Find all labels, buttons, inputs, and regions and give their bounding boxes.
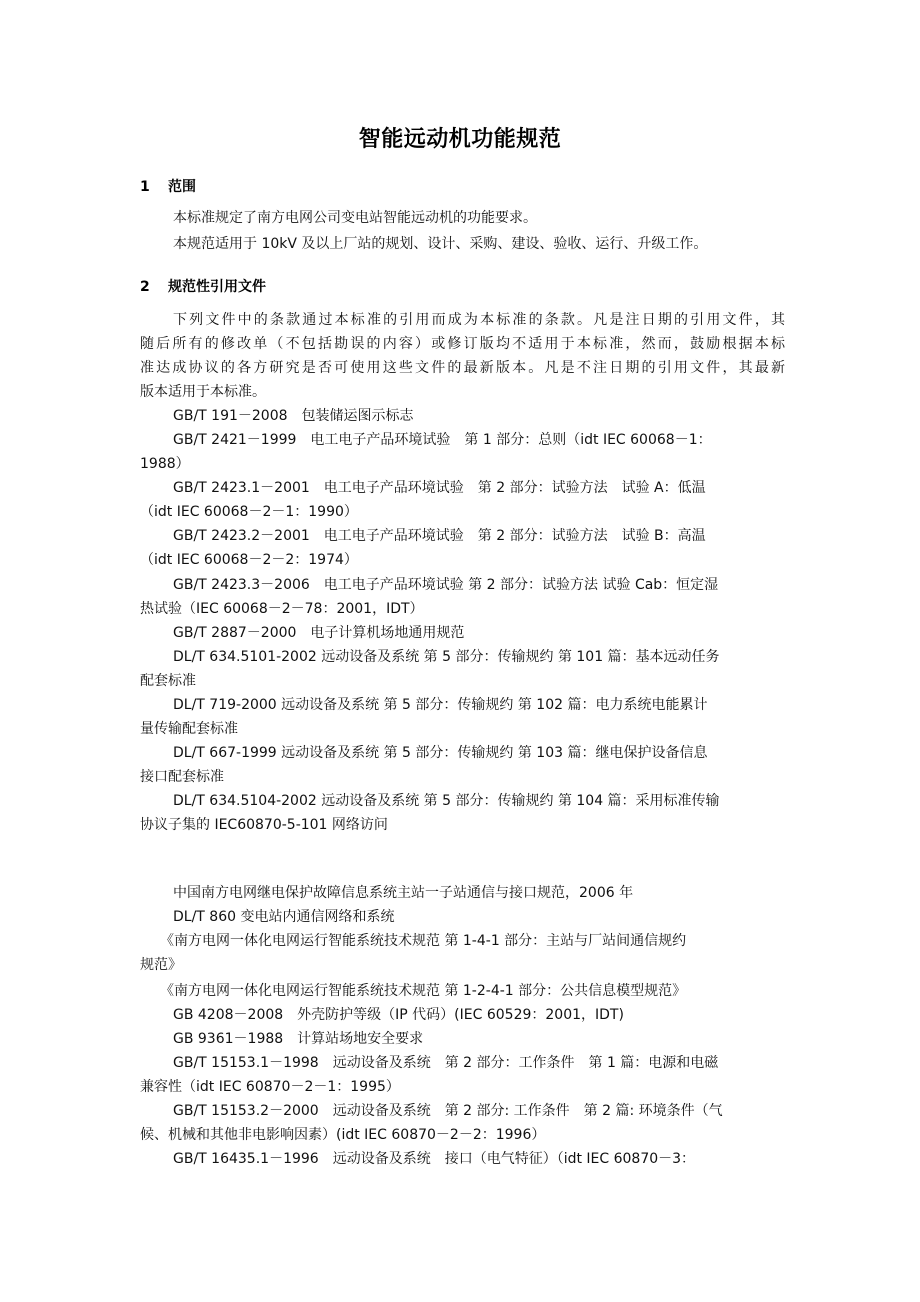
section-title: 范围 (168, 179, 196, 195)
paragraph-line: 本标准规定了南方电网公司变电站智能远动机的功能要求。 (173, 209, 537, 227)
section-heading-normative-references: 2规范性引用文件 (140, 276, 266, 296)
reference-item: GB/T 2423.1－2001 电工电子产品环境试验 第 2 部分：试验方法 … (173, 479, 706, 497)
reference-item: GB/T 2421－1999 电工电子产品环境试验 第 1 部分：总则（idt … (173, 431, 712, 449)
reference-item: GB/T 2887－2000 电子计算机场地通用规范 (173, 624, 464, 642)
document-page: 智能远动机功能规范 1范围 本标准规定了南方电网公司变电站智能远动机的功能要求。… (0, 0, 920, 1302)
reference-item: GB 4208－2008 外壳防护等级（IP 代码）(IEC 60529：200… (173, 1006, 624, 1024)
reference-item: GB/T 191－2008 包装储运图示标志 (173, 407, 414, 425)
reference-item: GB/T 2423.2－2001 电工电子产品环境试验 第 2 部分：试验方法 … (173, 527, 706, 545)
paragraph-line: 随后所有的修改单（不包括勘误的内容）或修订版均不适用于本标准，然而，鼓励根据本标 (140, 335, 785, 353)
reference-item: GB 9361－1988 计算站场地安全要求 (173, 1030, 423, 1048)
reference-item: DL/T 634.5101-2002 远动设备及系统 第 5 部分：传输规约 第… (173, 648, 720, 666)
section-number: 2 (140, 279, 168, 295)
reference-item: DL/T 667-1999 远动设备及系统 第 5 部分：传输规约 第 103 … (173, 744, 707, 762)
reference-item-continuation: 规范》 (140, 956, 182, 974)
reference-item-continuation: 协议子集的 IEC60870-5-101 网络访问 (140, 816, 388, 834)
reference-item-continuation: 兼容性（idt IEC 60870－2－1：1995） (140, 1078, 400, 1096)
section-title: 规范性引用文件 (168, 279, 266, 295)
paragraph-line: 下列文件中的条款通过本标准的引用而成为本标准的条款。凡是注日期的引用文件，其 (173, 311, 785, 329)
document-title: 智能远动机功能规范 (0, 122, 920, 153)
reference-item: DL/T 719-2000 远动设备及系统 第 5 部分：传输规约 第 102 … (173, 696, 707, 714)
reference-item: DL/T 860 变电站内通信网络和系统 (173, 908, 394, 926)
reference-item-continuation: 候、机械和其他非电影响因素）(idt IEC 60870－2－2：1996） (140, 1126, 545, 1144)
paragraph-line: 版本适用于本标准。 (140, 383, 266, 401)
paragraph-line: 本规范适用于 10kV 及以上厂站的规划、设计、采购、建设、验收、运行、升级工作… (173, 235, 707, 253)
reference-item: GB/T 16435.1－1996 远动设备及系统 接口（电气特征）（idt I… (173, 1150, 695, 1168)
paragraph-line: 准达成协议的各方研究是否可使用这些文件的最新版本。凡是不注日期的引用文件，其最新 (140, 359, 785, 377)
reference-item: GB/T 2423.3－2006 电工电子产品环境试验 第 2 部分：试验方法 … (173, 576, 718, 594)
reference-item-continuation: 1988） (140, 455, 190, 473)
reference-item: 《南方电网一体化电网运行智能系统技术规范 第 1-2-4-1 部分：公共信息模型… (160, 982, 686, 1000)
reference-item: 中国南方电网继电保护故障信息系统主站一子站通信与接口规范，2006 年 (173, 884, 633, 902)
reference-item: GB/T 15153.1－1998 远动设备及系统 第 2 部分：工作条件 第 … (173, 1054, 718, 1072)
reference-item: GB/T 15153.2－2000 远动设备及系统 第 2 部分: 工作条件 第… (173, 1102, 723, 1120)
reference-item-continuation: （idt IEC 60068－2－2：1974） (140, 551, 358, 569)
reference-item: DL/T 634.5104-2002 远动设备及系统 第 5 部分：传输规约 第… (173, 792, 720, 810)
section-heading-scope: 1范围 (140, 176, 196, 196)
reference-item-continuation: 配套标准 (140, 672, 196, 690)
reference-item-continuation: 量传输配套标准 (140, 720, 238, 738)
reference-item-continuation: （idt IEC 60068－2－1：1990） (140, 503, 358, 521)
reference-item-continuation: 接口配套标准 (140, 768, 224, 786)
section-number: 1 (140, 179, 168, 195)
reference-item: 《南方电网一体化电网运行智能系统技术规范 第 1-4-1 部分：主站与厂站间通信… (160, 932, 686, 950)
reference-item-continuation: 热试验（IEC 60068－2－78：2001，IDT） (140, 600, 424, 618)
